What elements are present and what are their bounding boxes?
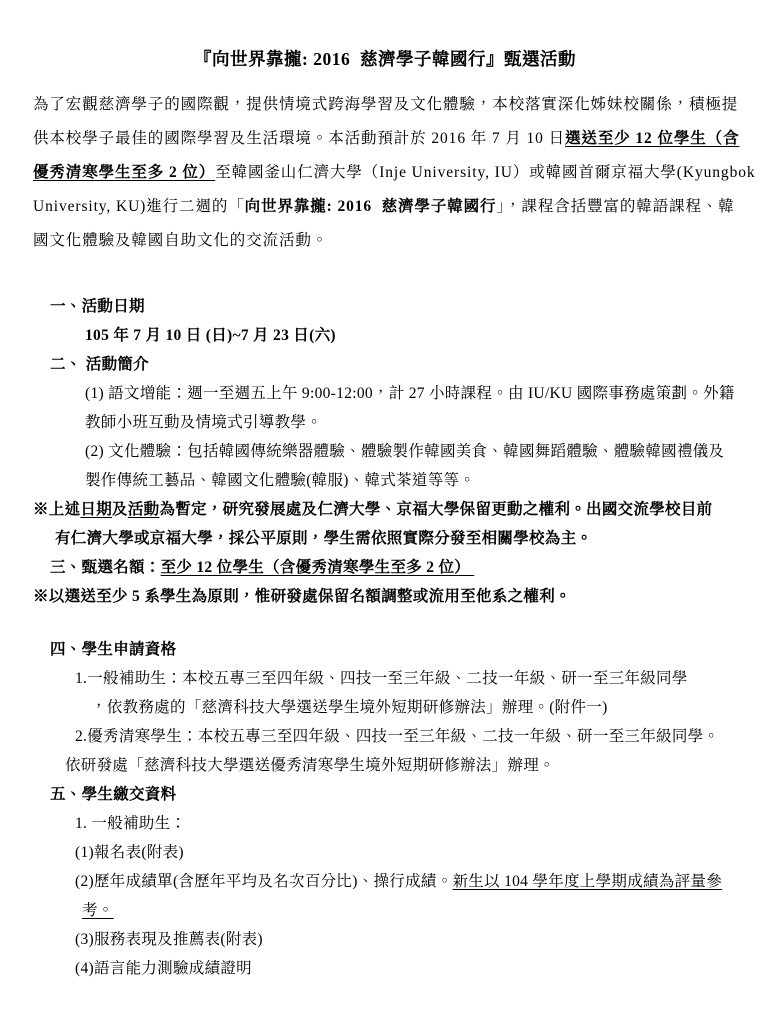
text-segment: 國文化體驗及韓國自助文化的交流活動。	[33, 232, 328, 249]
text-line: 教師小班互動及情境式引導教學。	[33, 408, 737, 437]
document-lines: 為了宏觀慈濟學子的國際觀，提供情境式跨海學習及文化體驗，本校落實深化姊妹校關係，…	[33, 88, 737, 983]
text-line: 三、甄選名額：至少 12 位學生（含優秀清寒學生至多 2 位）	[33, 553, 737, 582]
text-segment: 1. 一般補助生：	[75, 815, 186, 832]
text-segment: (3)服務表現及推薦表(附表)	[75, 931, 263, 948]
text-segment: 優秀清寒學生至多 2 位）	[33, 164, 215, 181]
text-line: 四、學生申請資格	[33, 635, 737, 664]
document-page: 『向世界靠攏: 2016 慈濟學子韓國行』甄選活動 為了宏觀慈濟學子的國際觀，提…	[0, 0, 770, 1024]
text-segment: (2) 文化體驗：包括韓國傳統樂器體驗、體驗製作韓國美食、韓國舞蹈體驗、體驗韓國…	[85, 443, 724, 460]
text-line: 製作傳統工藝品、韓國文化體驗(韓服)、韓式茶道等等。	[33, 466, 737, 495]
text-segment: 105 年 7 月 10 日 (日)~7 月 23 日(六)	[85, 327, 336, 344]
text-line: 優秀清寒學生至多 2 位）至韓國釜山仁濟大學（Inje University, …	[33, 156, 737, 190]
text-line: 一、活動日期	[33, 292, 737, 321]
text-segment: 二、 活動簡介	[50, 356, 149, 373]
text-segment: 日期	[80, 501, 112, 518]
text-segment: 為暫定，研究發展處及仁濟大學、京福大學保留更動之權利。出國交流學校目前	[159, 501, 712, 518]
text-line: 供本校學子最佳的國際學習及生活環境。本活動預計於 2016 年 7 月 10 日…	[33, 122, 737, 156]
text-line: 105 年 7 月 10 日 (日)~7 月 23 日(六)	[33, 321, 737, 350]
text-line: (2)歷年成績單(含歷年平均及名次百分比)、操行成績。新生以 104 學年度上學…	[33, 867, 737, 896]
text-line: 1. 一般補助生：	[33, 809, 737, 838]
text-line: 五、學生繳交資料	[33, 780, 737, 809]
text-segment: 至少 12 位學生（含優秀清寒學生至多 2 位）	[161, 559, 475, 576]
text-line: 二、 活動簡介	[33, 350, 737, 379]
text-segment: 三、甄選名額：	[50, 559, 161, 576]
text-segment: 活動	[128, 501, 160, 518]
text-segment: 供本校學子最佳的國際學習及生活環境。本活動預計於 2016 年 7 月 10 日	[33, 130, 565, 147]
text-segment: 2.優秀清寒學生：本校五專三至四年級、四技一至三年級、二技一年級、研一至三年級同…	[75, 728, 719, 745]
text-line: 考。	[33, 896, 737, 925]
text-segment: 為了宏觀慈濟學子的國際觀，提供情境式跨海學習及文化體驗，本校落實深化姊妹校關係，…	[33, 96, 738, 113]
text-segment: 五、學生繳交資料	[50, 786, 176, 803]
text-line: ※以選送至少 5 系學生為原則，惟研發處保留名額調整或流用至他系之權利。	[33, 582, 737, 611]
text-line: 依研發處「慈濟科技大學選送優秀清寒學生境外短期研修辦法」辦理。	[33, 751, 737, 780]
text-segment: (1) 語文增能：週一至週五上午 9:00-12:00，計 27 小時課程。由 …	[85, 385, 735, 402]
text-segment: University, KU)進行二週的「	[33, 198, 245, 215]
text-segment: ※以選送至少 5 系學生為原則，惟研發處保留名額調整或流用至他系之權利。	[33, 588, 571, 605]
text-line: (3)服務表現及推薦表(附表)	[33, 925, 737, 954]
text-line: 為了宏觀慈濟學子的國際觀，提供情境式跨海學習及文化體驗，本校落實深化姊妹校關係，…	[33, 88, 737, 122]
text-line: 有仁濟大學或京福大學，採公平原則，學生需依照實際分發至相關學校為主。	[33, 524, 737, 553]
text-segment: 至韓國釜山仁濟大學（Inje University, IU）或韓國首爾京福大學(…	[215, 164, 755, 181]
text-line: University, KU)進行二週的「向世界靠攏: 2016 慈濟學子韓國行…	[33, 190, 737, 224]
document-title: 『向世界靠攏: 2016 慈濟學子韓國行』甄選活動	[33, 46, 737, 72]
text-segment: 一、活動日期	[50, 298, 145, 315]
text-segment: (1)報名表(附表)	[75, 844, 184, 861]
text-segment: 」，課程含括豐富的韓語課程、韓	[496, 198, 734, 215]
text-line: ，依教務處的「慈濟科技大學選送學生境外短期研修辦法」辦理。(附件一)	[33, 693, 737, 722]
text-segment: ※上述	[33, 501, 80, 518]
text-line: 國文化體驗及韓國自助文化的交流活動。	[33, 224, 737, 258]
text-segment: 依研發處「慈濟科技大學選送優秀清寒學生境外短期研修辦法」辦理。	[65, 757, 555, 774]
text-line: ※上述日期及活動為暫定，研究發展處及仁濟大學、京福大學保留更動之權利。出國交流學…	[33, 495, 737, 524]
text-segment: ，依教務處的「慈濟科技大學選送學生境外短期研修辦法」辦理。(附件一)	[91, 699, 608, 716]
text-line: (4)語言能力測驗成績證明	[33, 954, 737, 983]
text-segment: 四、學生申請資格	[50, 641, 176, 658]
text-segment: 教師小班互動及情境式引導教學。	[85, 414, 322, 431]
text-line: 2.優秀清寒學生：本校五專三至四年級、四技一至三年級、二技一年級、研一至三年級同…	[33, 722, 737, 751]
text-line: (2) 文化體驗：包括韓國傳統樂器體驗、體驗製作韓國美食、韓國舞蹈體驗、體驗韓國…	[33, 437, 737, 466]
text-segment: 向世界靠攏: 2016 慈濟學子韓國行	[245, 198, 497, 215]
text-segment: (4)語言能力測驗成績證明	[75, 960, 252, 977]
text-segment: 新生以 104 學年度上學期成績為評量參	[453, 873, 723, 890]
text-segment: 製作傳統工藝品、韓國文化體驗(韓服)、韓式茶道等等。	[85, 472, 475, 489]
text-line: 1.一般補助生：本校五專三至四年級、四技一至三年級、二技一年級、研一至三年級同學	[33, 664, 737, 693]
text-segment: 及	[112, 501, 128, 518]
text-line: (1) 語文增能：週一至週五上午 9:00-12:00，計 27 小時課程。由 …	[33, 379, 737, 408]
text-line: (1)報名表(附表)	[33, 838, 737, 867]
text-segment: 有仁濟大學或京福大學，採公平原則，學生需依照實際分發至相關學校為主。	[55, 530, 592, 547]
text-segment: 1.一般補助生：本校五專三至四年級、四技一至三年級、二技一年級、研一至三年級同學	[75, 670, 688, 687]
text-segment: 選送至少 12 位學生（含	[565, 130, 739, 147]
text-segment: (2)歷年成績單(含歷年平均及名次百分比)、操行成績。	[75, 873, 453, 890]
text-segment: 考。	[82, 902, 114, 919]
